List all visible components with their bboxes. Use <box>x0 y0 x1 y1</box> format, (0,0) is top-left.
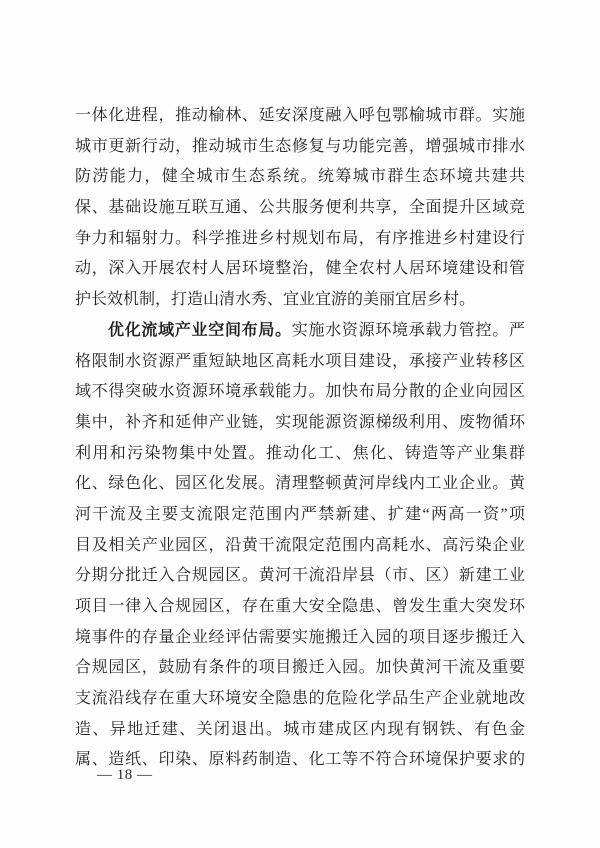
text-line: 河干流及主要支流限定范围内严禁新建、扩建“两高一资”项 <box>75 500 525 531</box>
text-line: 合规园区，鼓励有条件的项目搬迁入园。加快黄河干流及重要 <box>75 653 525 684</box>
text-line: 境事件的存量企业经评估需要实施搬迁入园的项目逐步搬迁入 <box>75 623 525 654</box>
text-line: 集中，补齐和延伸产业链，实现能源资源梯级利用、废物循环 <box>75 408 525 439</box>
text-line: 分期分批迁入合规园区。黄河干流沿岸县（市、区）新建工业 <box>75 561 525 592</box>
text-line: 保、基础设施互联互通、公共服务便利共享，全面提升区域竞 <box>75 193 525 224</box>
text-line: 一体化进程，推动榆林、延安深度融入呼包鄂榆城市群。实施 <box>75 101 525 132</box>
text-line: 格限制水资源严重短缺地区高耗水项目建设，承接产业转移区 <box>75 347 525 378</box>
text-line: 造、异地迁建、关闭退出。城市建成区内现有钢铁、有色金 <box>75 715 525 746</box>
text-line: 城市更新行动，推动城市生态修复与功能完善，增强城市排水 <box>75 132 525 163</box>
document-page: 一体化进程，推动榆林、延安深度融入呼包鄂榆城市群。实施城市更新行动，推动城市生态… <box>0 0 600 848</box>
text-line: 支流沿线存在重大环境安全隐患的危险化学品生产企业就地改 <box>75 684 525 715</box>
text-line: 域不得突破水资源环境承载能力。加快布局分散的企业向园区 <box>75 377 525 408</box>
text-line: 目及相关产业园区，沿黄干流限定范围内高耗水、高污染企业 <box>75 531 525 562</box>
text-line: 化、绿色化、园区化发展。清理整顿黄河岸线内工业企业。黄 <box>75 469 525 500</box>
text-line: 利用和污染物集中处置。推动化工、焦化、铸造等产业集群 <box>75 439 525 470</box>
text-line: 争力和辐射力。科学推进乡村规划布局，有序推进乡村建设行 <box>75 224 525 255</box>
page-number: — 18 — <box>97 764 153 786</box>
text-line: 优化流域产业空间布局。实施水资源环境承载力管控。严 <box>75 316 525 347</box>
paragraph-lead-bold: 优化流域产业空间布局。 <box>108 322 292 339</box>
text-line: 项目一律入合规园区，存在重大安全隐患、曾发生重大突发环 <box>75 592 525 623</box>
text-line: 动，深入开展农村人居环境整治，健全农村人居环境建设和管 <box>75 254 525 285</box>
text-line: 防涝能力，健全城市生态系统。统筹城市群生态环境共建共 <box>75 162 525 193</box>
body-text: 一体化进程，推动榆林、延安深度融入呼包鄂榆城市群。实施城市更新行动，推动城市生态… <box>75 101 525 776</box>
text-line: 护长效机制，打造山清水秀、宜业宜游的美丽宜居乡村。 <box>75 285 525 316</box>
